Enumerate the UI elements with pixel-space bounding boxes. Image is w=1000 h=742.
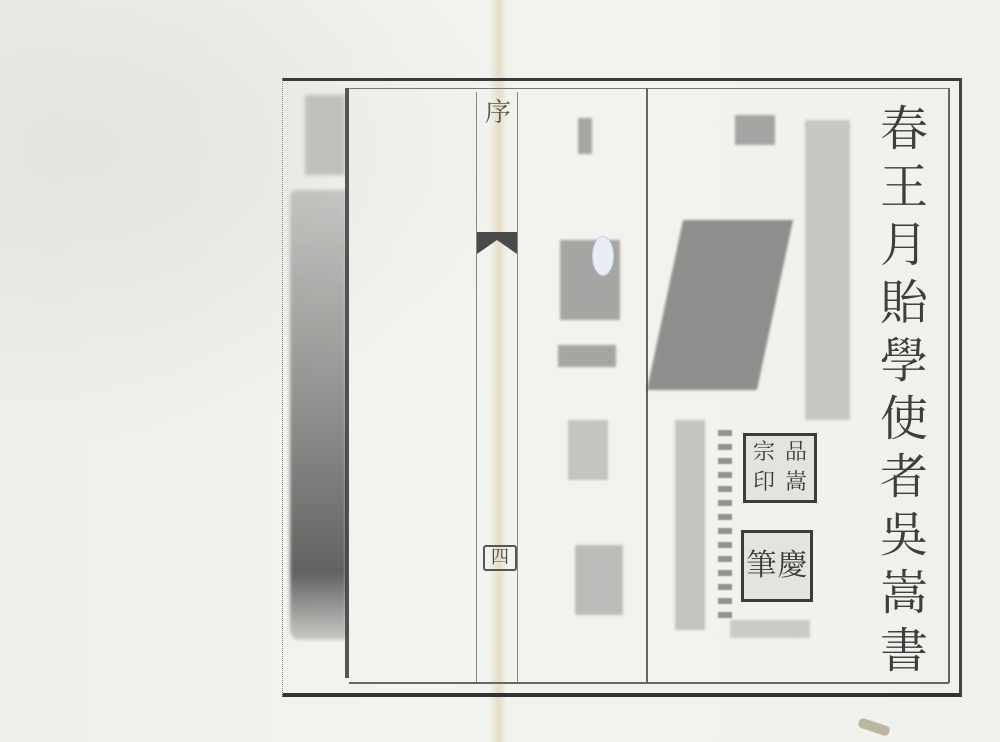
title-char: 吳 (880, 506, 928, 564)
scanned-page: 序 四 春 王 月 貽 學 使 者 吳 嵩 書 宗 品 印 嵩 筆 慶 (0, 0, 1000, 742)
seal-char: 宗 (748, 438, 780, 468)
fishtail-mark-icon (477, 232, 517, 254)
faded-text (805, 120, 850, 420)
frame-inner-right-rule (948, 88, 950, 683)
stray-mark (857, 717, 891, 736)
seal-char: 嵩 (780, 468, 812, 498)
title-char: 月 (880, 216, 928, 274)
title-char: 王 (880, 158, 928, 216)
seal-stamp: 宗 品 印 嵩 (743, 433, 817, 503)
ink-smudge-left-margin (290, 190, 346, 640)
section-label: 序 (482, 100, 514, 126)
title-char: 使 (880, 390, 928, 448)
faded-text (730, 620, 810, 638)
title-char: 嵩 (880, 564, 928, 622)
title-char: 春 (880, 100, 928, 158)
seal-stamp: 筆 慶 (741, 530, 813, 602)
faded-text (675, 420, 705, 630)
title-char: 學 (880, 332, 928, 390)
faded-text (558, 345, 616, 367)
paper-hole (592, 236, 614, 276)
seal-char: 印 (748, 468, 780, 498)
faded-text (575, 545, 623, 615)
frame-inner-bottom-rule (349, 682, 949, 684)
ink-smudge (305, 95, 345, 175)
frame-inner-top-rule (349, 88, 949, 89)
faded-text (735, 115, 775, 145)
center-column-rule-left (476, 92, 477, 682)
center-column-rule-right (517, 92, 518, 682)
faded-text (568, 420, 608, 480)
small-text-column (718, 430, 732, 620)
seal-char: 品 (780, 438, 812, 468)
title-column: 春 王 月 貽 學 使 者 吳 嵩 書 (872, 100, 936, 680)
title-char: 貽 (880, 274, 928, 332)
seal-char: 筆 (746, 535, 777, 597)
title-char: 書 (880, 622, 928, 680)
title-char: 者 (880, 448, 928, 506)
seal-char: 慶 (777, 535, 808, 597)
faded-text (578, 118, 592, 154)
page-number: 四 (483, 545, 517, 571)
